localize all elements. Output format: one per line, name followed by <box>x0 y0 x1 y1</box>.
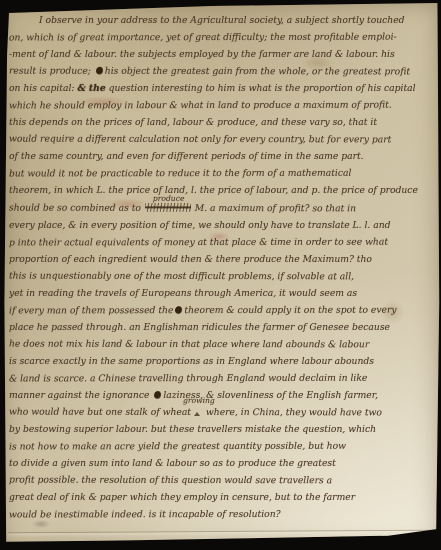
manuscript-line: should be so combined as to produce M. a… <box>9 199 435 217</box>
manuscript-line: if every man of them possessed thetheore… <box>9 301 435 319</box>
manuscript-line: result is produce; his object the greate… <box>9 63 435 81</box>
struck-out-word: produce <box>145 202 191 211</box>
letter-photo: I observe in your address to the Agricul… <box>0 0 441 550</box>
manuscript-line: which he should employ in labour & what … <box>9 97 435 115</box>
manuscript-line: would require a different calculation no… <box>9 131 435 149</box>
manuscript-line: every place, & in every position of time… <box>9 217 435 234</box>
manuscript-line: great deal of ink & paper which they emp… <box>9 489 435 506</box>
fold-crease <box>8 530 436 538</box>
manuscript-line: this depends on the prices of land, labo… <box>9 114 435 131</box>
manuscript-text: I observe in your address to the Agricul… <box>9 12 435 523</box>
manuscript-line: I observe in your address to the Agricul… <box>9 12 435 29</box>
manuscript-line: would be inestimable indeed. is it incap… <box>9 506 435 523</box>
manuscript-line: on his capital: & the question interesti… <box>9 80 435 97</box>
manuscript-line: proportion of each ingredient would then… <box>9 251 435 268</box>
caret-mark <box>194 412 200 416</box>
manuscript-line: is scarce exactly in the same proportion… <box>9 353 435 370</box>
manuscript-line: by bestowing superior labour. but these … <box>9 421 435 438</box>
manuscript-line: -ment of land & labour. the subjects emp… <box>9 46 435 63</box>
overwritten-text: & the <box>77 83 105 94</box>
manuscript-line: p into their actual equivalents of money… <box>9 233 435 251</box>
manuscript-line: manner against the ignorance laziness, &… <box>9 387 435 404</box>
manuscript-line: this is unquestionably one of the most d… <box>9 267 435 285</box>
manuscript-line: to divide a given sum into land & labour… <box>9 455 435 472</box>
manuscript-line: on, which is of great importance, yet of… <box>9 29 435 47</box>
manuscript-line: profit possible. the resolution of this … <box>9 472 435 490</box>
manuscript-line: he does not mix his land & labour in tha… <box>9 335 435 353</box>
manuscript-line: place he passed through. an Englishman r… <box>9 319 435 336</box>
manuscript-line: of the same country, and even for differ… <box>9 148 435 165</box>
insertion-caret: growing <box>191 406 203 415</box>
manuscript-line: who would have but one stalk of wheatgro… <box>9 404 435 422</box>
manuscript-line: but would it not be practicable to reduc… <box>9 165 435 183</box>
manuscript-page: I observe in your address to the Agricul… <box>0 0 441 550</box>
interlined-word: growing <box>183 396 215 404</box>
manuscript-line: is not how to make an acre yield the gre… <box>9 438 435 456</box>
interlined-word: produce <box>153 194 185 202</box>
manuscript-line: theorem, in which L. the price of land, … <box>9 182 435 199</box>
ink-blot <box>96 67 103 75</box>
manuscript-line: yet in reading the travels of Europeans … <box>9 285 435 302</box>
ink-blot <box>175 306 182 314</box>
ink-blot <box>154 391 161 399</box>
manuscript-line: & land is scarce. a Chinese travelling t… <box>9 370 435 388</box>
